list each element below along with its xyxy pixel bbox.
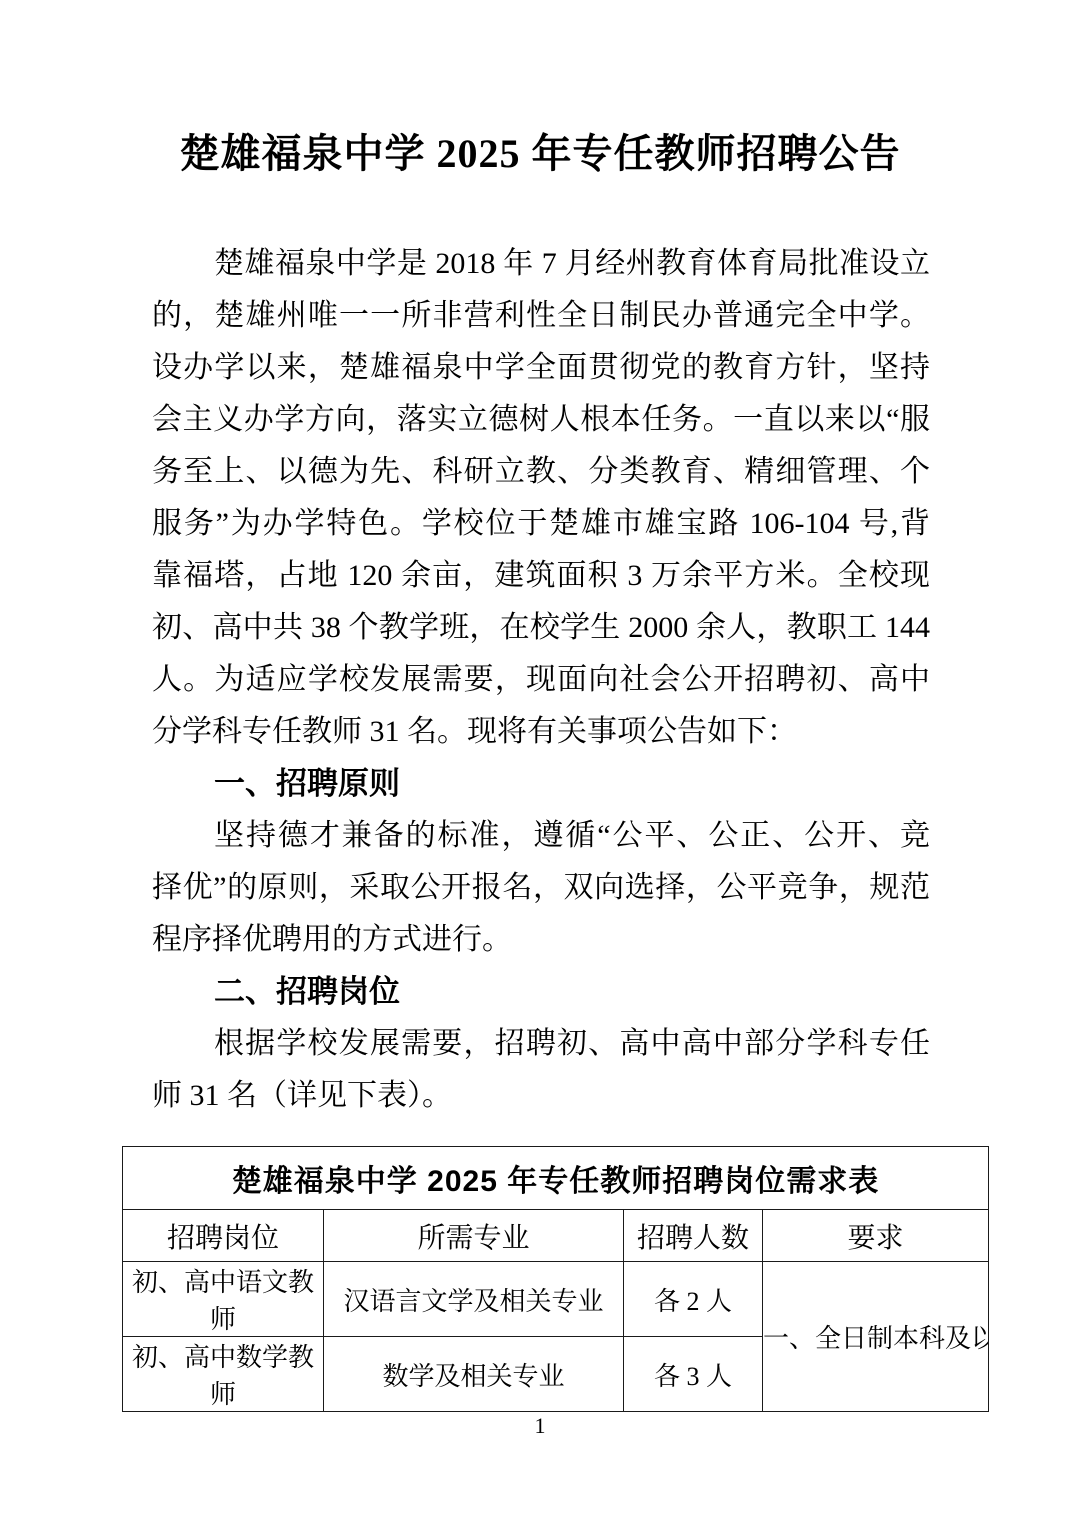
text-line: 初、高中共 38 个教学班，在校学生 2000 余人，教职工 144 bbox=[152, 602, 930, 654]
cell-major: 数学及相关专业 bbox=[324, 1337, 624, 1412]
document-body: 楚雄福泉中学是 2018 年 7 月经州教育体育局批准设立 的，楚雄州唯一一所非… bbox=[152, 238, 930, 1122]
text-line: 的，楚雄州唯一一所非营利性全日制民办普通完全中学。批 bbox=[152, 290, 930, 342]
text-line: 务至上、以德为先、科研立教、分类教育、精细管理、个性 bbox=[152, 446, 930, 498]
recruitment-table-section: 楚雄福泉中学 2025 年专任教师招聘岗位需求表 招聘岗位 所需专业 招聘人数 … bbox=[122, 1146, 988, 1412]
cell-position: 初、高中数学教师 bbox=[123, 1337, 324, 1412]
text-line: 根据学校发展需要，招聘初、高中高中部分学科专任教 bbox=[152, 1018, 930, 1070]
table-row: 初、高中语文教师 汉语言文学及相关专业 各 2 人 一、全日制本科及以上 bbox=[123, 1262, 989, 1337]
text-line: 择优”的原则，采取公开报名，双向选择，公平竞争，规范 bbox=[152, 862, 930, 914]
column-header-requirement: 要求 bbox=[763, 1210, 989, 1262]
table-title-row: 楚雄福泉中学 2025 年专任教师招聘岗位需求表 bbox=[123, 1147, 989, 1210]
table-header-row: 招聘岗位 所需专业 招聘人数 要求 bbox=[123, 1210, 989, 1262]
cell-count: 各 3 人 bbox=[624, 1337, 763, 1412]
text-line: 服务”为办学特色。学校位于楚雄市雄宝路 106-104 号,背 bbox=[152, 498, 930, 550]
section-heading-recruitment-positions: 二、招聘岗位 bbox=[152, 966, 930, 1018]
text-line: 程序择优聘用的方式进行。 bbox=[152, 914, 930, 966]
text-line: 会主义办学方向，落实立德树人根本任务。一直以来以“服 bbox=[152, 394, 930, 446]
text-line: 楚雄福泉中学是 2018 年 7 月经州教育体育局批准设立 bbox=[152, 238, 930, 290]
column-header-position: 招聘岗位 bbox=[123, 1210, 324, 1262]
document-title: 楚雄福泉中学 2025 年专任教师招聘公告 bbox=[0, 0, 1080, 178]
document-page: 楚雄福泉中学 2025 年专任教师招聘公告 楚雄福泉中学是 2018 年 7 月… bbox=[0, 0, 1080, 1528]
cell-requirement: 一、全日制本科及以上 bbox=[763, 1262, 989, 1412]
text-line: 分学科专任教师 31 名。现将有关事项公告如下： bbox=[152, 706, 930, 758]
table-title: 楚雄福泉中学 2025 年专任教师招聘岗位需求表 bbox=[123, 1147, 989, 1210]
page-number: 1 bbox=[0, 1413, 1080, 1439]
column-header-major: 所需专业 bbox=[324, 1210, 624, 1262]
text-line: 人。为适应学校发展需要，现面向社会公开招聘初、高中部 bbox=[152, 654, 930, 706]
text-line: 设办学以来，楚雄福泉中学全面贯彻党的教育方针，坚持社 bbox=[152, 342, 930, 394]
cell-position: 初、高中语文教师 bbox=[123, 1262, 324, 1337]
text-line: 师 31 名（详见下表）。 bbox=[152, 1070, 930, 1122]
cell-count: 各 2 人 bbox=[624, 1262, 763, 1337]
column-header-count: 招聘人数 bbox=[624, 1210, 763, 1262]
text-line: 靠福塔，占地 120 余亩，建筑面积 3 万余平方米。全校现有 bbox=[152, 550, 930, 602]
section-heading-recruitment-principles: 一、招聘原则 bbox=[152, 758, 930, 810]
cell-major: 汉语言文学及相关专业 bbox=[324, 1262, 624, 1337]
text-line: 坚持德才兼备的标准，遵循“公平、公正、公开、竞争、 bbox=[152, 810, 930, 862]
recruitment-table: 楚雄福泉中学 2025 年专任教师招聘岗位需求表 招聘岗位 所需专业 招聘人数 … bbox=[122, 1146, 989, 1412]
